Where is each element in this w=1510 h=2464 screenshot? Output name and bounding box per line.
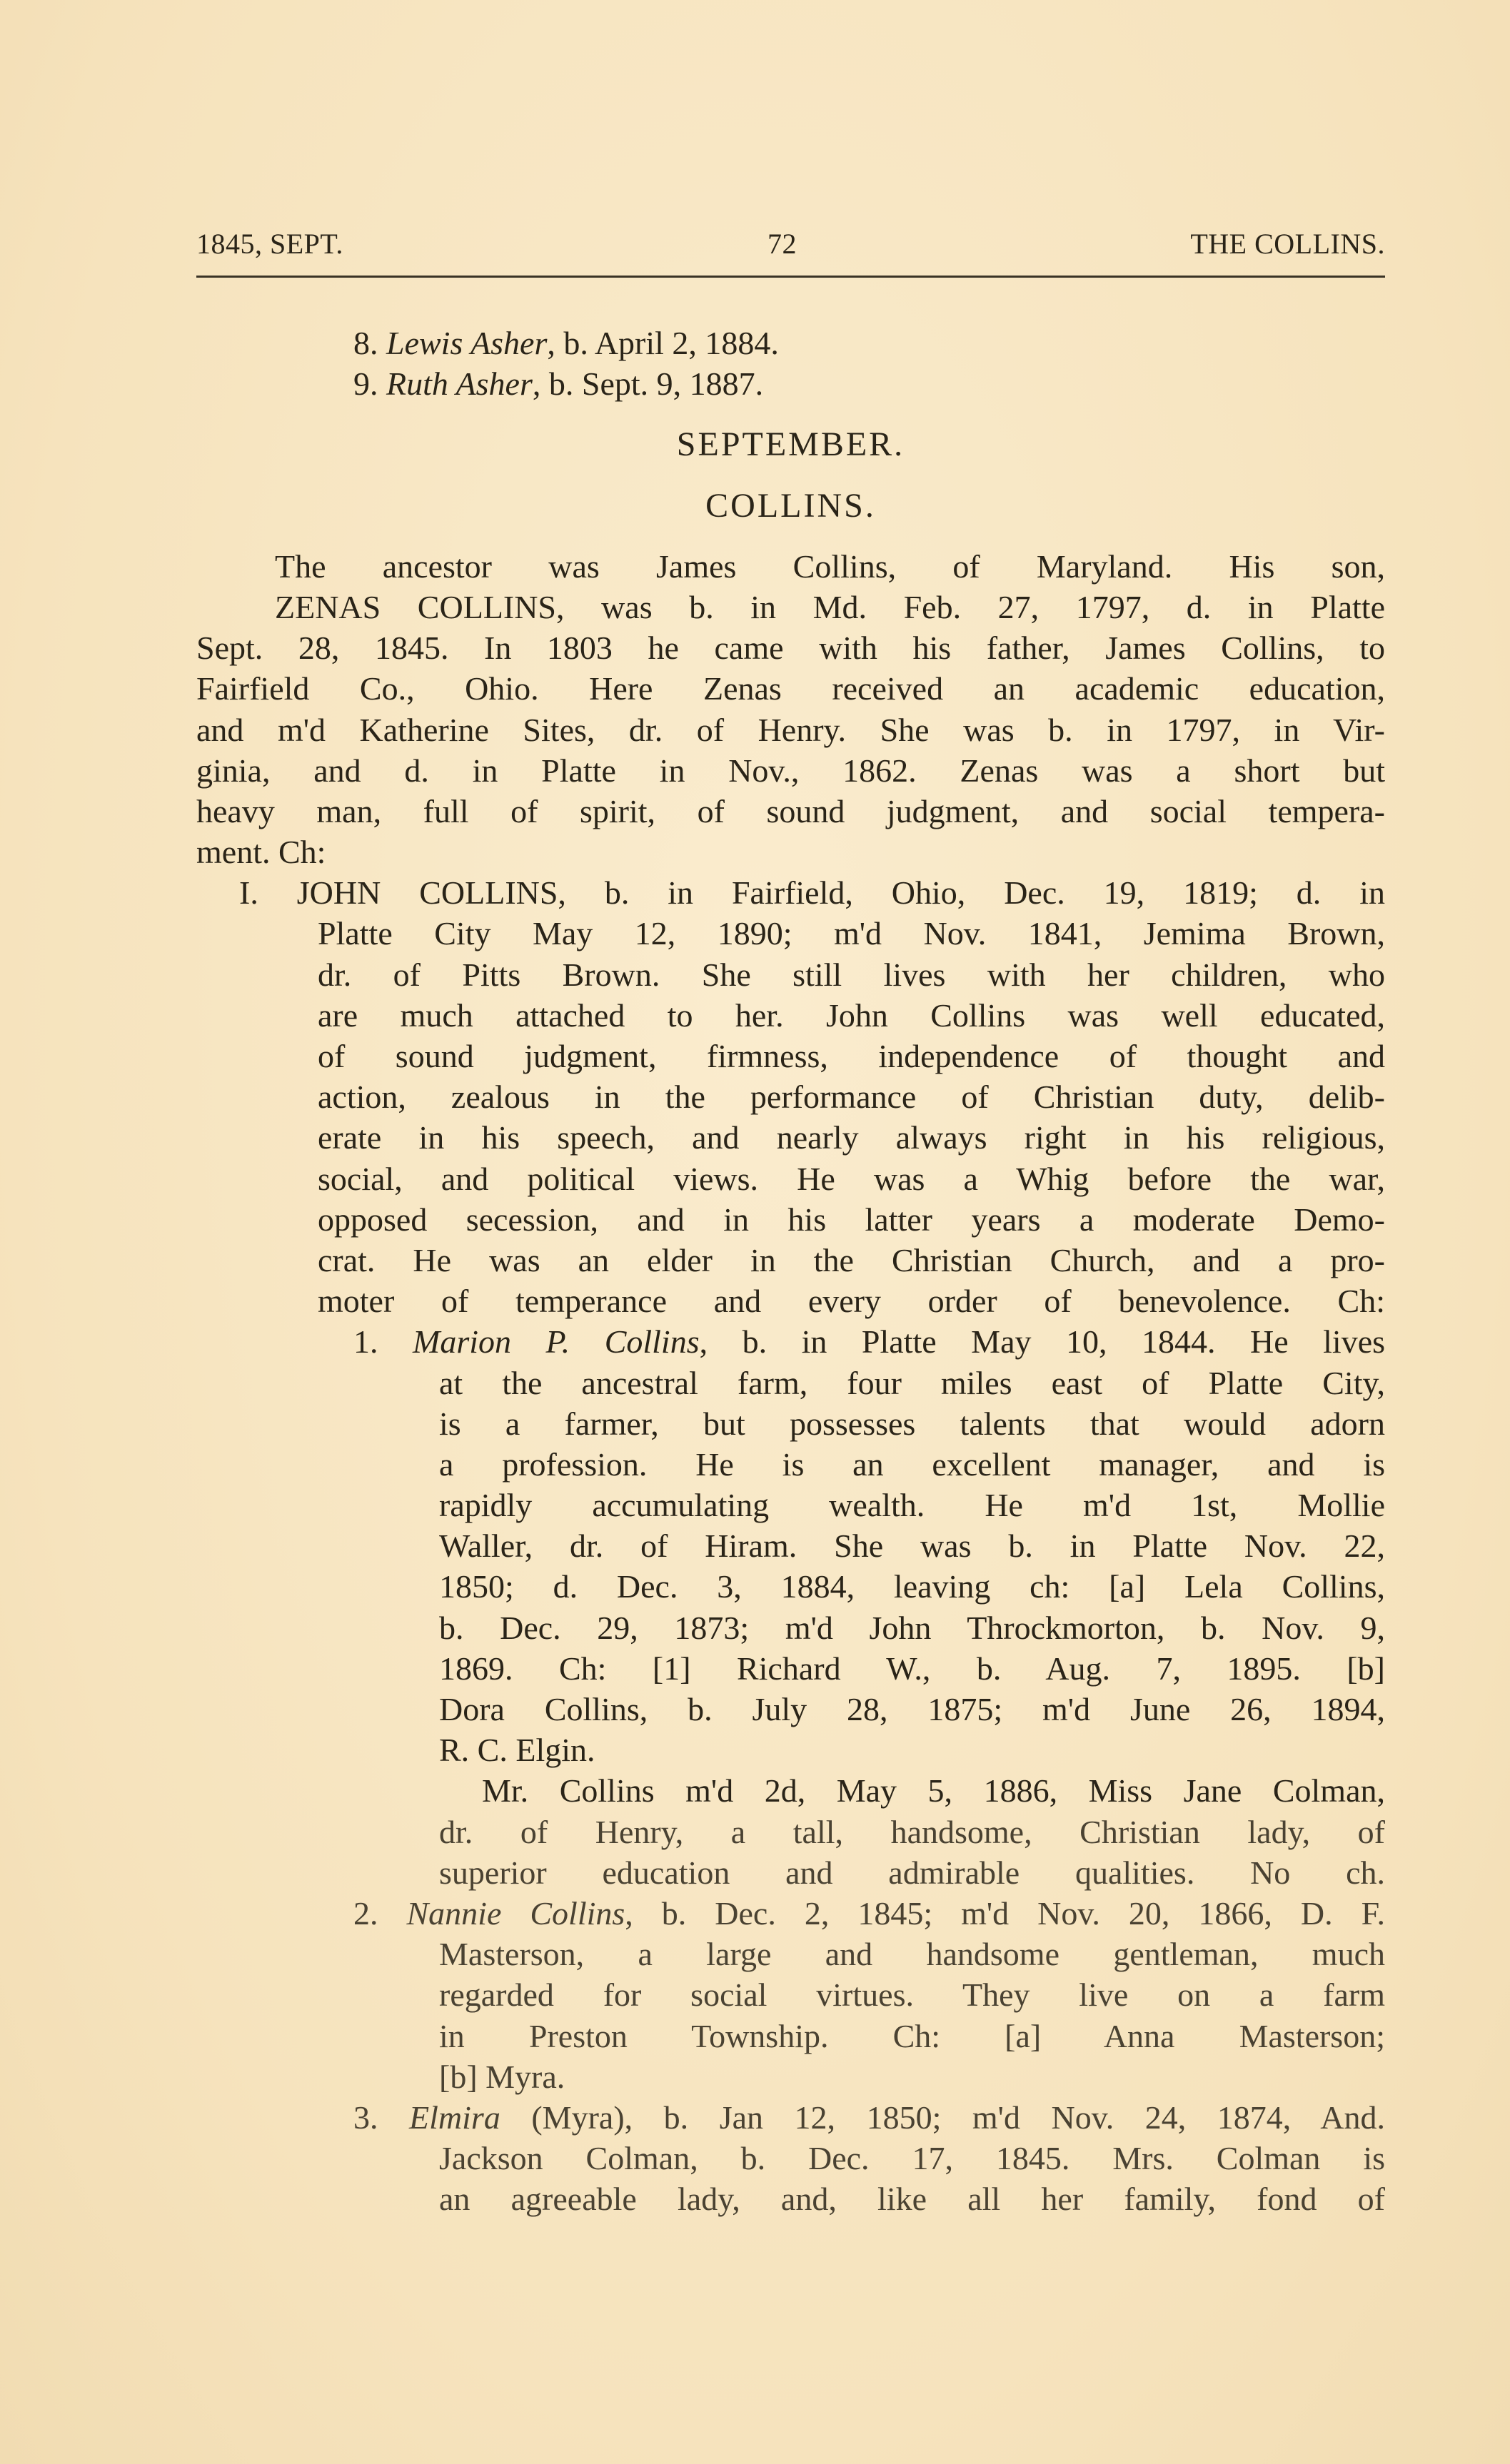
running-head: 1845, SEPT. 72 THE COLLINS.: [196, 227, 1385, 263]
child-1-line: a profession. He is an excellent manager…: [196, 1444, 1385, 1485]
john-line: social, and political views. He was a Wh…: [196, 1158, 1385, 1199]
running-head-date: 1845, SEPT.: [196, 227, 343, 261]
second-marriage-line: dr. of Henry, a tall, handsome, Christia…: [196, 1812, 1385, 1852]
entry-name: Nannie Collins: [407, 1895, 625, 1932]
list-item-asher-9: 9. Ruth Asher, b. Sept. 9, 1887.: [196, 363, 1385, 404]
child-3-line: Jackson Colman, b. Dec. 17, 1845. Mrs. C…: [196, 2138, 1385, 2178]
child-2-line: [b] Myra.: [196, 2056, 1385, 2097]
child-2-line: regarded for social virtues. They live o…: [196, 1974, 1385, 2015]
john-line: moter of temperance and every order of b…: [196, 1281, 1385, 1321]
intro-line: Fairfield Co., Ohio. Here Zenas received…: [196, 668, 1385, 709]
intro-line: The ancestor was James Collins, of Maryl…: [196, 546, 1385, 587]
page-body: 8. Lewis Asher, b. April 2, 1884. 9. Rut…: [196, 323, 1385, 2219]
entry-number: 2.: [353, 1895, 378, 1932]
entry-name: Elmira: [409, 2099, 500, 2136]
child-1-line: rapidly accumulating wealth. He m'd 1st,…: [196, 1485, 1385, 1525]
entry-number: 9.: [353, 365, 378, 402]
child-3-first-line: 3. Elmira (Myra), b. Jan 12, 1850; m'd N…: [196, 2097, 1385, 2138]
john-line: are much attached to her. John Collins w…: [196, 995, 1385, 1036]
intro-line: ZENAS COLLINS, was b. in Md. Feb. 27, 17…: [196, 587, 1385, 627]
child-1-line: b. Dec. 29, 1873; m'd John Throckmorton,…: [196, 1607, 1385, 1648]
second-marriage-line: superior education and admirable qualiti…: [196, 1852, 1385, 1893]
running-head-title: THE COLLINS.: [1190, 227, 1385, 261]
john-line: dr. of Pitts Brown. She still lives with…: [196, 954, 1385, 995]
child-1-line: is a farmer, but possesses talents that …: [196, 1403, 1385, 1444]
john-line: Platte City May 12, 1890; m'd Nov. 1841,…: [196, 913, 1385, 954]
entry-name: Lewis Asher: [386, 325, 547, 361]
header-rule: [196, 276, 1385, 278]
john-line: action, zealous in the performance of Ch…: [196, 1076, 1385, 1117]
intro-line: heavy man, full of spirit, of sound judg…: [196, 791, 1385, 832]
entry-number: 8.: [353, 325, 378, 361]
intro-line: Sept. 28, 1845. In 1803 he came with his…: [196, 627, 1385, 668]
entry-name: Marion P. Collins: [413, 1323, 700, 1360]
child-2-line: in Preston Township. Ch: [a] Anna Master…: [196, 2016, 1385, 2056]
child-1-line: 1850; d. Dec. 3, 1884, leaving ch: [a] L…: [196, 1566, 1385, 1607]
john-line: opposed secession, and in his latter yea…: [196, 1199, 1385, 1240]
child-1-line: at the ancestral farm, four miles east o…: [196, 1363, 1385, 1403]
child-1-first-line: 1. Marion P. Collins, b. in Platte May 1…: [196, 1321, 1385, 1362]
intro-line: ginia, and d. in Platte in Nov., 1862. Z…: [196, 750, 1385, 791]
child-3-line: an agreeable lady, and, like all her fam…: [196, 2178, 1385, 2219]
month-heading: SEPTEMBER.: [196, 424, 1385, 465]
entry-text: , b. in Platte May 10, 1844. He lives: [700, 1323, 1385, 1360]
child-1-line: R. C. Elgin.: [196, 1730, 1385, 1770]
child-2-line: Masterson, a large and handsome gentlema…: [196, 1934, 1385, 1974]
child-2-first-line: 2. Nannie Collins, b. Dec. 2, 1845; m'd …: [196, 1893, 1385, 1934]
child-1-line: 1869. Ch: [1] Richard W., b. Aug. 7, 189…: [196, 1648, 1385, 1689]
entry-text: , b. April 2, 1884.: [547, 325, 779, 361]
intro-line: and m'd Katherine Sites, dr. of Henry. S…: [196, 710, 1385, 750]
family-heading: COLLINS.: [196, 485, 1385, 526]
second-marriage-line: Mr. Collins m'd 2d, May 5, 1886, Miss Ja…: [196, 1770, 1385, 1811]
list-item-asher-8: 8. Lewis Asher, b. April 2, 1884.: [196, 323, 1385, 363]
entry-text: , b. Sept. 9, 1887.: [533, 365, 763, 402]
john-line: crat. He was an elder in the Christian C…: [196, 1240, 1385, 1281]
entry-text: , b. Dec. 2, 1845; m'd Nov. 20, 1866, D.…: [625, 1895, 1385, 1932]
page-number: 72: [767, 227, 797, 261]
john-line: erate in his speech, and nearly always r…: [196, 1117, 1385, 1158]
entry-name: Ruth Asher: [386, 365, 533, 402]
child-1-line: Waller, dr. of Hiram. She was b. in Plat…: [196, 1525, 1385, 1566]
john-collins-first-line: I. JOHN COLLINS, b. in Fairfield, Ohio, …: [196, 872, 1385, 913]
intro-line: ment. Ch:: [196, 832, 1385, 872]
child-1-line: Dora Collins, b. July 28, 1875; m'd June…: [196, 1689, 1385, 1730]
entry-number: 3.: [353, 2099, 378, 2136]
entry-text: (Myra), b. Jan 12, 1850; m'd Nov. 24, 18…: [500, 2099, 1385, 2136]
entry-number: 1.: [353, 1323, 378, 1360]
john-line: of sound judgment, firmness, independenc…: [196, 1036, 1385, 1076]
